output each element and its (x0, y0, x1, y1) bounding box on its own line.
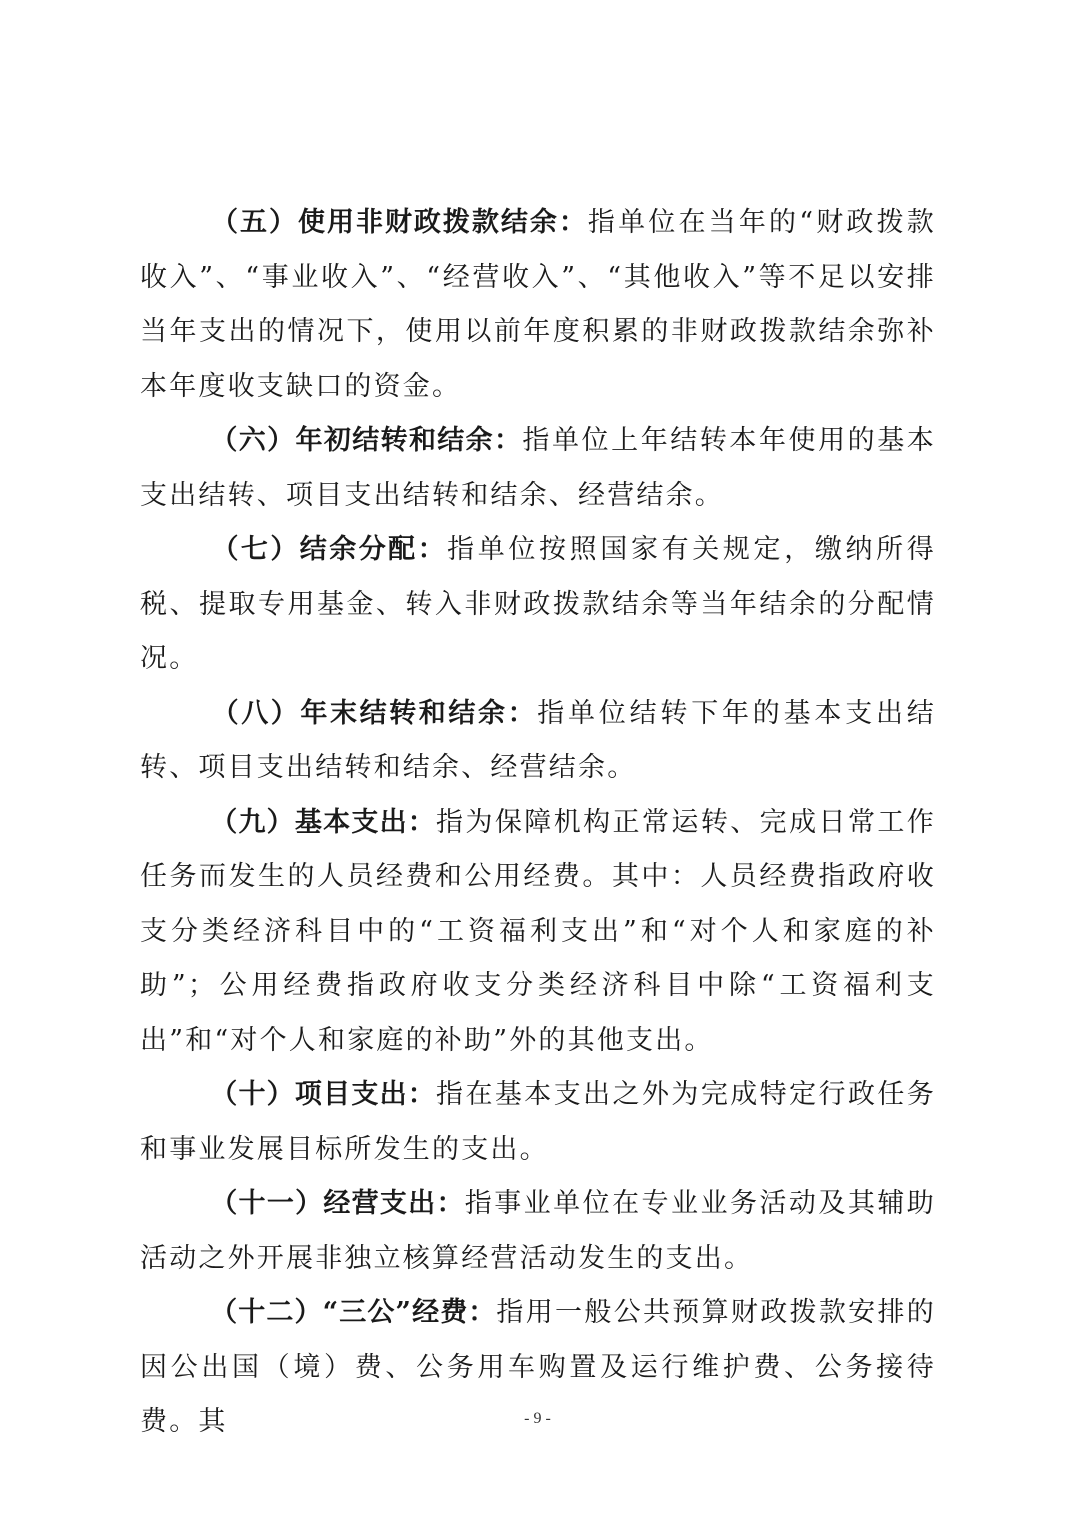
paragraph-6: （六）年初结转和结余：指单位上年结转本年使用的基本支出结转、项目支出结转和结余、… (140, 414, 936, 523)
term-heading: （十）项目支出： (210, 1079, 436, 1110)
paragraph-10: （十）项目支出：指在基本支出之外为完成特定行政任务和事业发展目标所发生的支出。 (140, 1068, 936, 1177)
paragraph-11: （十一）经营支出：指事业单位在专业业务活动及其辅助活动之外开展非独立核算经营活动… (140, 1177, 936, 1286)
term-heading: （七）结余分配： (210, 534, 447, 565)
term-heading: （十二）“三公”经费： (210, 1297, 496, 1328)
paragraph-7: （七）结余分配：指单位按照国家有关规定，缴纳所得税、提取专用基金、转入非财政拨款… (140, 523, 936, 687)
paragraph-8: （八）年末结转和结余：指单位结转下年的基本支出结转、项目支出结转和结余、经营结余… (140, 687, 936, 796)
page-number: - 9 - (0, 1410, 1075, 1428)
term-heading: （五）使用非财政拨款结余： (210, 207, 588, 238)
paragraph-text: 指为保障机构正常运转、完成日常工作任务而发生的人员经费和公用经费。其中：人员经费… (140, 807, 936, 1056)
term-heading: （九）基本支出： (210, 807, 436, 838)
paragraph-5: （五）使用非财政拨款结余：指单位在当年的“财政拨款收入”、“事业收入”、“经营收… (140, 196, 936, 414)
term-heading: （六）年初结转和结余： (210, 425, 522, 456)
paragraph-9: （九）基本支出：指为保障机构正常运转、完成日常工作任务而发生的人员经费和公用经费… (140, 796, 936, 1069)
document-body: （五）使用非财政拨款结余：指单位在当年的“财政拨款收入”、“事业收入”、“经营收… (140, 196, 936, 1450)
term-heading: （八）年末结转和结余： (210, 698, 537, 729)
term-heading: （十一）经营支出： (210, 1188, 465, 1219)
